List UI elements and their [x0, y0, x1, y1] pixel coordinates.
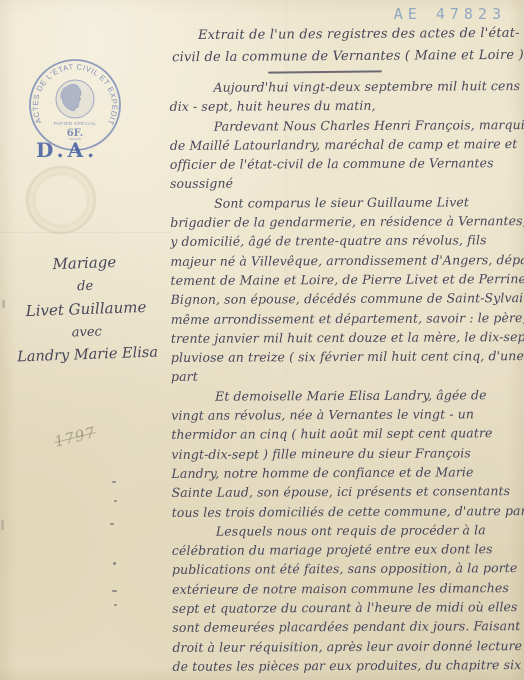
handwritten-line: officier de l'état-civil de la commune d…	[170, 153, 520, 174]
margin-note-line: Landry Marie Elisa	[7, 341, 168, 370]
handwritten-line: thermidor an cinq ( huit août mil sept c…	[171, 423, 521, 444]
handwritten-line: majeur né à Villevêque, arrondissement d…	[170, 250, 520, 271]
title-underline	[268, 70, 382, 73]
bleed-through-mark	[113, 562, 116, 565]
stamp-paper-label: PAPIER SPÉCIAL	[54, 120, 97, 126]
handwritten-line: Sont comparus le sieur Guillaume Livet	[170, 192, 520, 213]
reference-number: AE 47823	[394, 5, 506, 23]
bleed-through-mark	[112, 590, 117, 592]
bleed-through-mark	[114, 500, 117, 502]
handwritten-line: Aujourd'hui vingt-deux septembre mil hui…	[169, 76, 519, 97]
handwritten-line: Landry, notre homme de confiance et de M…	[171, 462, 521, 483]
pencil-mark: 1797	[52, 423, 97, 451]
handwritten-line: dix - sept, huit heures du matin,	[170, 95, 520, 116]
bleed-through-mark	[110, 523, 114, 525]
handwritten-line: tous les trois domiciliés de cette commu…	[172, 501, 522, 522]
handwritten-line: y domicilié, âgé de trente-quatre ans ré…	[170, 230, 520, 251]
document-body: Aujourd'hui vingt-deux septembre mil hui…	[169, 76, 522, 676]
handwritten-line: Lesquels nous ont requis de procéder à l…	[172, 520, 522, 541]
handwritten-line: publications ont été faites, sans opposi…	[172, 559, 522, 580]
bleed-through-mark	[112, 481, 116, 483]
bleed-through-mark	[114, 604, 117, 606]
title-line: Extrait de l'un des registres des actes …	[172, 23, 520, 47]
horizontal-fold-crease	[0, 232, 170, 234]
handwritten-line: soussigné	[170, 173, 520, 194]
bleed-through-mark	[2, 300, 5, 308]
handwritten-line: sept et quatorze du courant à l'heure de…	[172, 597, 522, 618]
handwritten-line: vingt-dix-sept ) fille mineure du sieur …	[171, 443, 521, 464]
handwritten-line: trente janvier mil huit cent douze et la…	[171, 327, 521, 348]
title-line: civil de la commune de Vernantes ( Maine…	[172, 45, 520, 69]
embossed-seal	[26, 166, 96, 234]
handwritten-line: tement de Maine et Loire, de Pierre Live…	[170, 269, 520, 290]
document-title: Extrait de l'un des registres des actes …	[172, 23, 520, 69]
margin-note: Mariage de Livet Guillaume avec Landry M…	[4, 249, 168, 370]
handwritten-line: de toutes les pièces par eux produites, …	[172, 655, 522, 676]
handwritten-line: Sainte Laud, son épouse, ici présents et…	[172, 481, 522, 502]
handwritten-line: part	[171, 366, 521, 387]
scanned-document-page: { "reference_number": "AE 47823", "stamp…	[0, 0, 524, 680]
handwritten-line: Pardevant Nous Charles Henri François, m…	[170, 115, 520, 136]
handwritten-line: même arrondissement et département, savo…	[171, 308, 521, 329]
handwritten-line: extérieure de notre maison commune les d…	[172, 578, 522, 599]
handwritten-line: Et demoiselle Marie Elisa Landry, âgée d…	[171, 385, 521, 406]
handwritten-line: célébration du mariage projeté entre eux…	[172, 539, 522, 560]
da-initials: D.A.	[36, 138, 98, 162]
handwritten-line: Bignon, son épouse, décédés commune de S…	[171, 288, 521, 309]
bleed-through-mark	[1, 520, 4, 530]
handwritten-line: brigadier de la gendarmerie, en résidenc…	[170, 211, 520, 232]
handwritten-line: de Maillé Latourlandry, maréchal de camp…	[170, 134, 520, 155]
handwritten-line: droit à leur réquisition, après leur avo…	[172, 636, 522, 657]
handwritten-line: sont demeurées placardées pendant dix jo…	[172, 616, 522, 637]
handwritten-line: pluviose an treize ( six février mil hui…	[171, 346, 521, 367]
handwritten-line: vingt ans révolus, née à Vernantes le vi…	[171, 404, 521, 425]
